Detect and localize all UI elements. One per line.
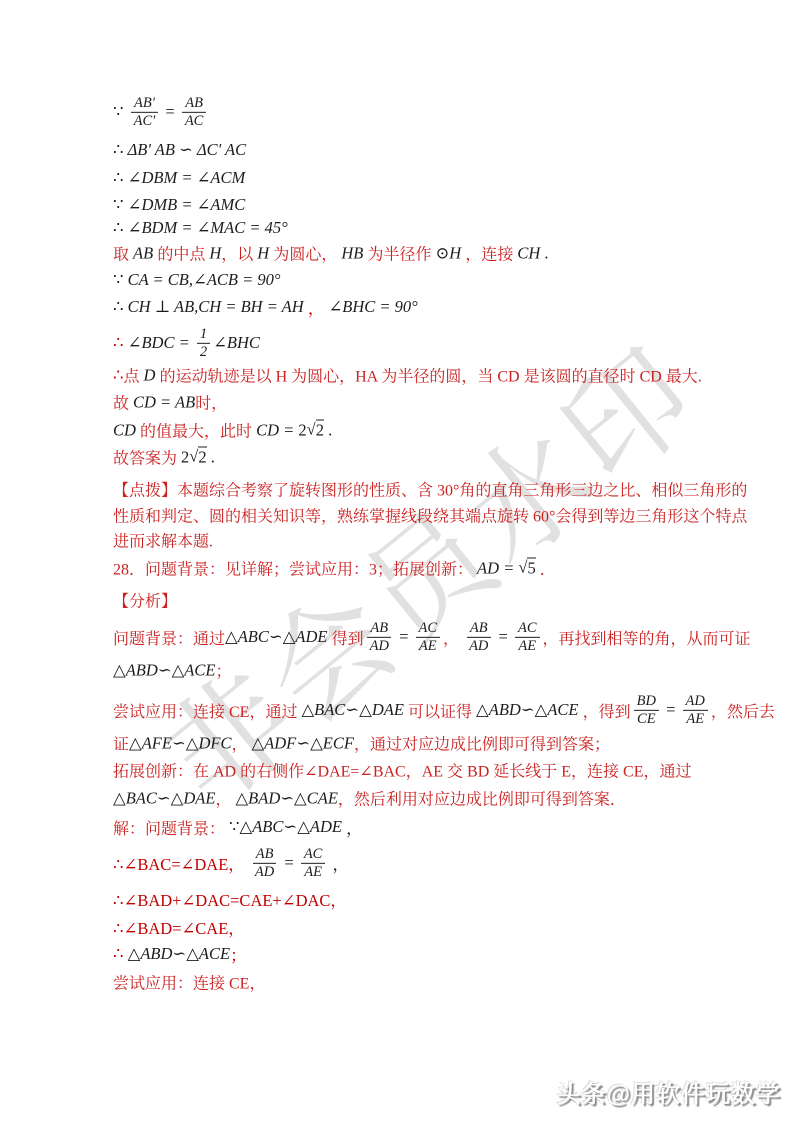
text-segment: = [662, 700, 680, 720]
text-segment: ， [231, 732, 251, 755]
text-segment: ∵ [113, 195, 128, 215]
text-segment: AD = [477, 558, 518, 578]
text-line: 故答案为 2√2 . [113, 446, 215, 469]
text-segment: 的中点 [157, 242, 209, 265]
sqrt-expression: √2 [307, 419, 324, 441]
text-segment: ∠BDC = [128, 333, 194, 353]
text-segment: ∴∠BAC=∠DAE， [113, 851, 249, 875]
text-line: ∴点 D 的运动轨迹是以 H 为圆心，HA 为半径的圆，当 CD 是该圆的直径时… [113, 364, 702, 387]
text-segment: ∴ [113, 333, 128, 353]
fraction: ABAD [252, 846, 277, 880]
text-segment: 尝试应用：连接 CE， [113, 971, 265, 994]
fraction-numerator: AC [301, 846, 326, 864]
text-segment: 性质和判定、圆的相关知识等，熟练掌握线段绕其端点旋转 60°会得到等边三角形这个… [113, 504, 747, 527]
text-segment: ； [215, 659, 231, 682]
text-segment: 解：问题背景： [113, 816, 229, 839]
text-segment: △ABD∽△ACE [128, 944, 230, 964]
fraction-numerator: AB [182, 95, 206, 113]
fraction-numerator: AB [467, 620, 491, 638]
text-segment: 时， [195, 391, 227, 414]
text-segment: ； [230, 942, 247, 966]
fraction-denominator: 2 [197, 344, 210, 361]
text-segment: H [257, 243, 273, 263]
fraction: ABAD [367, 620, 392, 654]
text-segment: CD = AB [133, 392, 195, 412]
radical-sign-icon: √ [307, 419, 316, 439]
text-line: ∵ CA = CB,∠ACB = 90° [113, 270, 280, 290]
text-segment: H [449, 243, 465, 263]
fraction-denominator: AE [416, 638, 440, 655]
text-segment: ，通过对应边成比例即可得到答案； [354, 732, 610, 755]
fraction: BDCE [634, 693, 659, 727]
radical-sign-icon: √ [518, 557, 527, 577]
text-segment: ∴∠BAD=∠CAE， [113, 915, 245, 939]
fraction-denominator: AE [515, 638, 539, 655]
text-line: 拓展创新：在 AD 的右侧作∠DAE=∠BAC，AE 交 BD 延长线于 E，连… [113, 759, 692, 782]
text-segment: △ADF∽△ECF [251, 733, 353, 753]
text-segment: 点 [124, 364, 144, 387]
text-line: 尝试应用：连接 CE，通过 △BAC∽△DAE 可以证得 △ABD∽△ACE ，… [113, 693, 775, 727]
text-segment: 可以证得 [408, 699, 476, 722]
fraction-numerator: 1 [197, 326, 210, 344]
text-segment: 2 [298, 420, 306, 440]
text-line: ∴ ∠BDM = ∠MAC = 45° [113, 218, 288, 238]
text-line: CD 的值最大，此时 CD = 2√2 . [113, 419, 332, 442]
fraction: ABAC [182, 95, 207, 129]
text-segment: 故 [113, 391, 133, 414]
text-line: 进而求解本题. [113, 529, 213, 552]
text-segment: ΔB' AB ∽ ΔC' AC [128, 140, 246, 160]
page: 非会员水印 ∵ AB'AC' = ABAC∴ ΔB' AB ∽ ΔC' AC∴ … [0, 0, 793, 1122]
text-segment: H [209, 243, 221, 263]
fraction-numerator: AC [515, 620, 540, 638]
fraction: ABAD [466, 620, 491, 654]
text-segment: 得到 [332, 626, 364, 649]
text-segment: ． [536, 557, 556, 580]
fraction-denominator: AE [301, 864, 325, 881]
text-line: ∵ AB'AC' = ABAC [113, 95, 209, 129]
text-segment: △BAC∽△DAE [301, 700, 408, 720]
text-segment: CD = [256, 420, 298, 440]
fraction: AB'AC' [131, 95, 159, 129]
text-line: 【分析】 [113, 589, 177, 612]
text-segment: ，连接 [465, 242, 517, 265]
text-segment: ， [443, 626, 463, 649]
text-segment: 【点拨】本题综合考察了旋转图形的性质、含 30°角的直角三角形三边之比、相似三角… [113, 478, 747, 501]
text-segment: 拓展创新：在 AD 的右侧作∠DAE=∠BAC，AE 交 BD 延长线于 E，连… [113, 759, 692, 782]
text-segment: ∵ [229, 817, 240, 837]
fraction-numerator: AD [683, 693, 708, 711]
text-segment: ， [346, 815, 363, 839]
fraction-denominator: AE [683, 711, 707, 728]
text-segment: ，然后利用对应边成比例即可得到答案． [338, 787, 626, 810]
text-segment: CD [113, 420, 140, 440]
text-segment: ，以 [221, 242, 257, 265]
fraction: ACAE [416, 620, 441, 654]
text-segment: △ABD∽△ACE [476, 700, 583, 720]
text-line: 解：问题背景： ∵△ABC∽△ADE ， [113, 815, 363, 839]
radicand: 2 [316, 419, 324, 441]
text-line: ∴ △ABD∽△ACE； [113, 942, 247, 966]
text-line: 尝试应用：连接 CE， [113, 971, 265, 994]
text-segment: ， [328, 851, 349, 875]
fraction-numerator: BD [634, 693, 659, 711]
text-segment: 进而求解本题. [113, 529, 213, 552]
text-segment: ∴∠BAD+∠DAC=CAE+∠DAC， [113, 887, 347, 911]
text-segment: 2 [181, 447, 189, 467]
text-line: ∴ ∠BDC = 12∠BHC [113, 326, 260, 360]
fraction: ACAE [515, 620, 540, 654]
text-segment: ⊙ [435, 243, 449, 263]
text-line: ∴ CH ⊥ AB,CH = BH = AH ， ∠BHC = 90° [113, 295, 418, 319]
text-segment: 的运动轨迹是以 H 为圆心，HA 为半径的圆，当 CD 是该圆的直径时 CD 最… [160, 364, 702, 387]
text-segment: 取 [113, 242, 133, 265]
text-segment: ， [215, 787, 235, 810]
text-line: ∴ ΔB' AB ∽ ΔC' AC [113, 140, 246, 160]
text-segment: 的值最大，此时 [140, 419, 256, 442]
text-segment: . [207, 447, 215, 467]
text-line: ∴∠BAD=∠CAE， [113, 915, 245, 939]
text-segment: HB [341, 243, 367, 263]
sqrt-expression: √5 [518, 557, 535, 579]
text-segment: △BAC∽△DAE [113, 788, 215, 808]
text-segment: ，然后去 [711, 699, 775, 722]
text-segment: 28．问题背景：见详解；尝试应用：3；拓展创新： [113, 557, 477, 580]
fraction-denominator: AC' [131, 113, 159, 130]
document-lines: ∵ AB'AC' = ABAC∴ ΔB' AB ∽ ΔC' AC∴ ∠DBM =… [0, 0, 793, 1122]
text-line: △BAC∽△DAE， △BAD∽△CAE，然后利用对应边成比例即可得到答案． [113, 787, 626, 810]
text-line: ∴ ∠DBM = ∠ACM [113, 168, 245, 188]
fraction: ADAE [683, 693, 708, 727]
text-segment: ∵ [113, 270, 128, 290]
text-segment: △ABC∽△ADE [225, 627, 332, 647]
radical-sign-icon: √ [189, 446, 198, 466]
text-segment: = [280, 853, 298, 873]
text-line: 证△AFE∽△DFC， △ADF∽△ECF，通过对应边成比例即可得到答案； [113, 732, 610, 755]
radicand: 2 [198, 446, 206, 468]
text-segment: ∵ [113, 102, 128, 122]
text-segment: CA = CB,∠ACB = 90° [128, 270, 281, 290]
text-segment: CH [517, 243, 544, 263]
text-segment: ， [304, 295, 329, 319]
fraction-numerator: AB [253, 846, 277, 864]
text-segment: ∠BHC = 90° [328, 297, 417, 317]
fraction-denominator: CE [634, 711, 659, 728]
text-line: 取 AB 的中点 H，以 H 为圆心， HB 为半径作 ⊙H ，连接 CH . [113, 242, 549, 265]
radicand: 5 [527, 557, 535, 579]
text-segment: △ABC∽△ADE [240, 817, 347, 837]
text-line: 28．问题背景：见详解；尝试应用：3；拓展创新： AD = √5 ． [113, 557, 556, 580]
text-segment: ∴ [113, 140, 128, 160]
text-segment: = [494, 627, 512, 647]
text-segment: 尝试应用：连接 CE，通过 [113, 699, 301, 722]
fraction: ACAE [301, 846, 326, 880]
text-segment: 为圆心， [273, 242, 341, 265]
fraction-numerator: AC [416, 620, 441, 638]
text-line: 问题背景：通过△ABC∽△ADE 得到ABAD = ACAE， ABAD = A… [113, 620, 751, 654]
text-segment: D [144, 365, 160, 385]
fraction-denominator: AD [466, 638, 491, 655]
text-segment: ，得到 [583, 699, 631, 722]
sqrt-expression: √2 [189, 446, 206, 468]
text-segment: ∴ [113, 944, 128, 964]
text-segment: = [161, 102, 179, 122]
text-segment: ∠BDM = ∠MAC = 45° [128, 218, 288, 238]
text-line: ∴∠BAC=∠DAE， ABAD = ACAE ， [113, 846, 349, 880]
fraction-denominator: AD [252, 864, 277, 881]
fraction: 12 [197, 326, 210, 360]
footer-credit: 头条@用软件玩数学 [557, 1074, 781, 1109]
text-segment: ∠DMB = ∠AMC [128, 195, 246, 215]
text-segment: 证 [113, 732, 129, 755]
text-segment: . [324, 420, 332, 440]
text-segment: △AFE∽△DFC [129, 733, 231, 753]
text-segment: △ABD∽△ACE [113, 660, 215, 680]
text-segment: △BAD∽△CAE [235, 788, 337, 808]
text-segment: ∴ [113, 297, 128, 317]
text-segment: . [544, 243, 548, 263]
text-line: 性质和判定、圆的相关知识等，熟练掌握线段绕其端点旋转 60°会得到等边三角形这个… [113, 504, 747, 527]
text-segment: 问题背景：通过 [113, 626, 225, 649]
text-segment: = [395, 627, 413, 647]
text-segment: ∴ [113, 218, 128, 238]
text-segment: ∠BHC [213, 333, 260, 353]
text-segment: 故答案为 [113, 446, 181, 469]
text-segment: 【分析】 [113, 589, 177, 612]
text-segment: AB [133, 243, 157, 263]
text-line: 【点拨】本题综合考察了旋转图形的性质、含 30°角的直角三角形三边之比、相似三角… [113, 478, 747, 501]
fraction-denominator: AD [367, 638, 392, 655]
text-segment: ∠DBM = ∠ACM [128, 168, 246, 188]
text-segment: ∴ [113, 168, 128, 188]
fraction-numerator: AB [367, 620, 391, 638]
text-segment: ∴ [113, 365, 124, 385]
text-segment: 为半径作 [367, 242, 435, 265]
text-line: △ABD∽△ACE； [113, 659, 231, 682]
text-segment: ，再找到相等的角，从而可证 [543, 626, 751, 649]
text-line: 故 CD = AB时， [113, 391, 227, 414]
fraction-denominator: AC [182, 113, 207, 130]
text-line: ∵ ∠DMB = ∠AMC [113, 195, 245, 215]
text-segment: CH ⊥ AB,CH = BH = AH [128, 297, 304, 317]
fraction-numerator: AB' [131, 95, 158, 113]
text-line: ∴∠BAD+∠DAC=CAE+∠DAC， [113, 887, 347, 911]
